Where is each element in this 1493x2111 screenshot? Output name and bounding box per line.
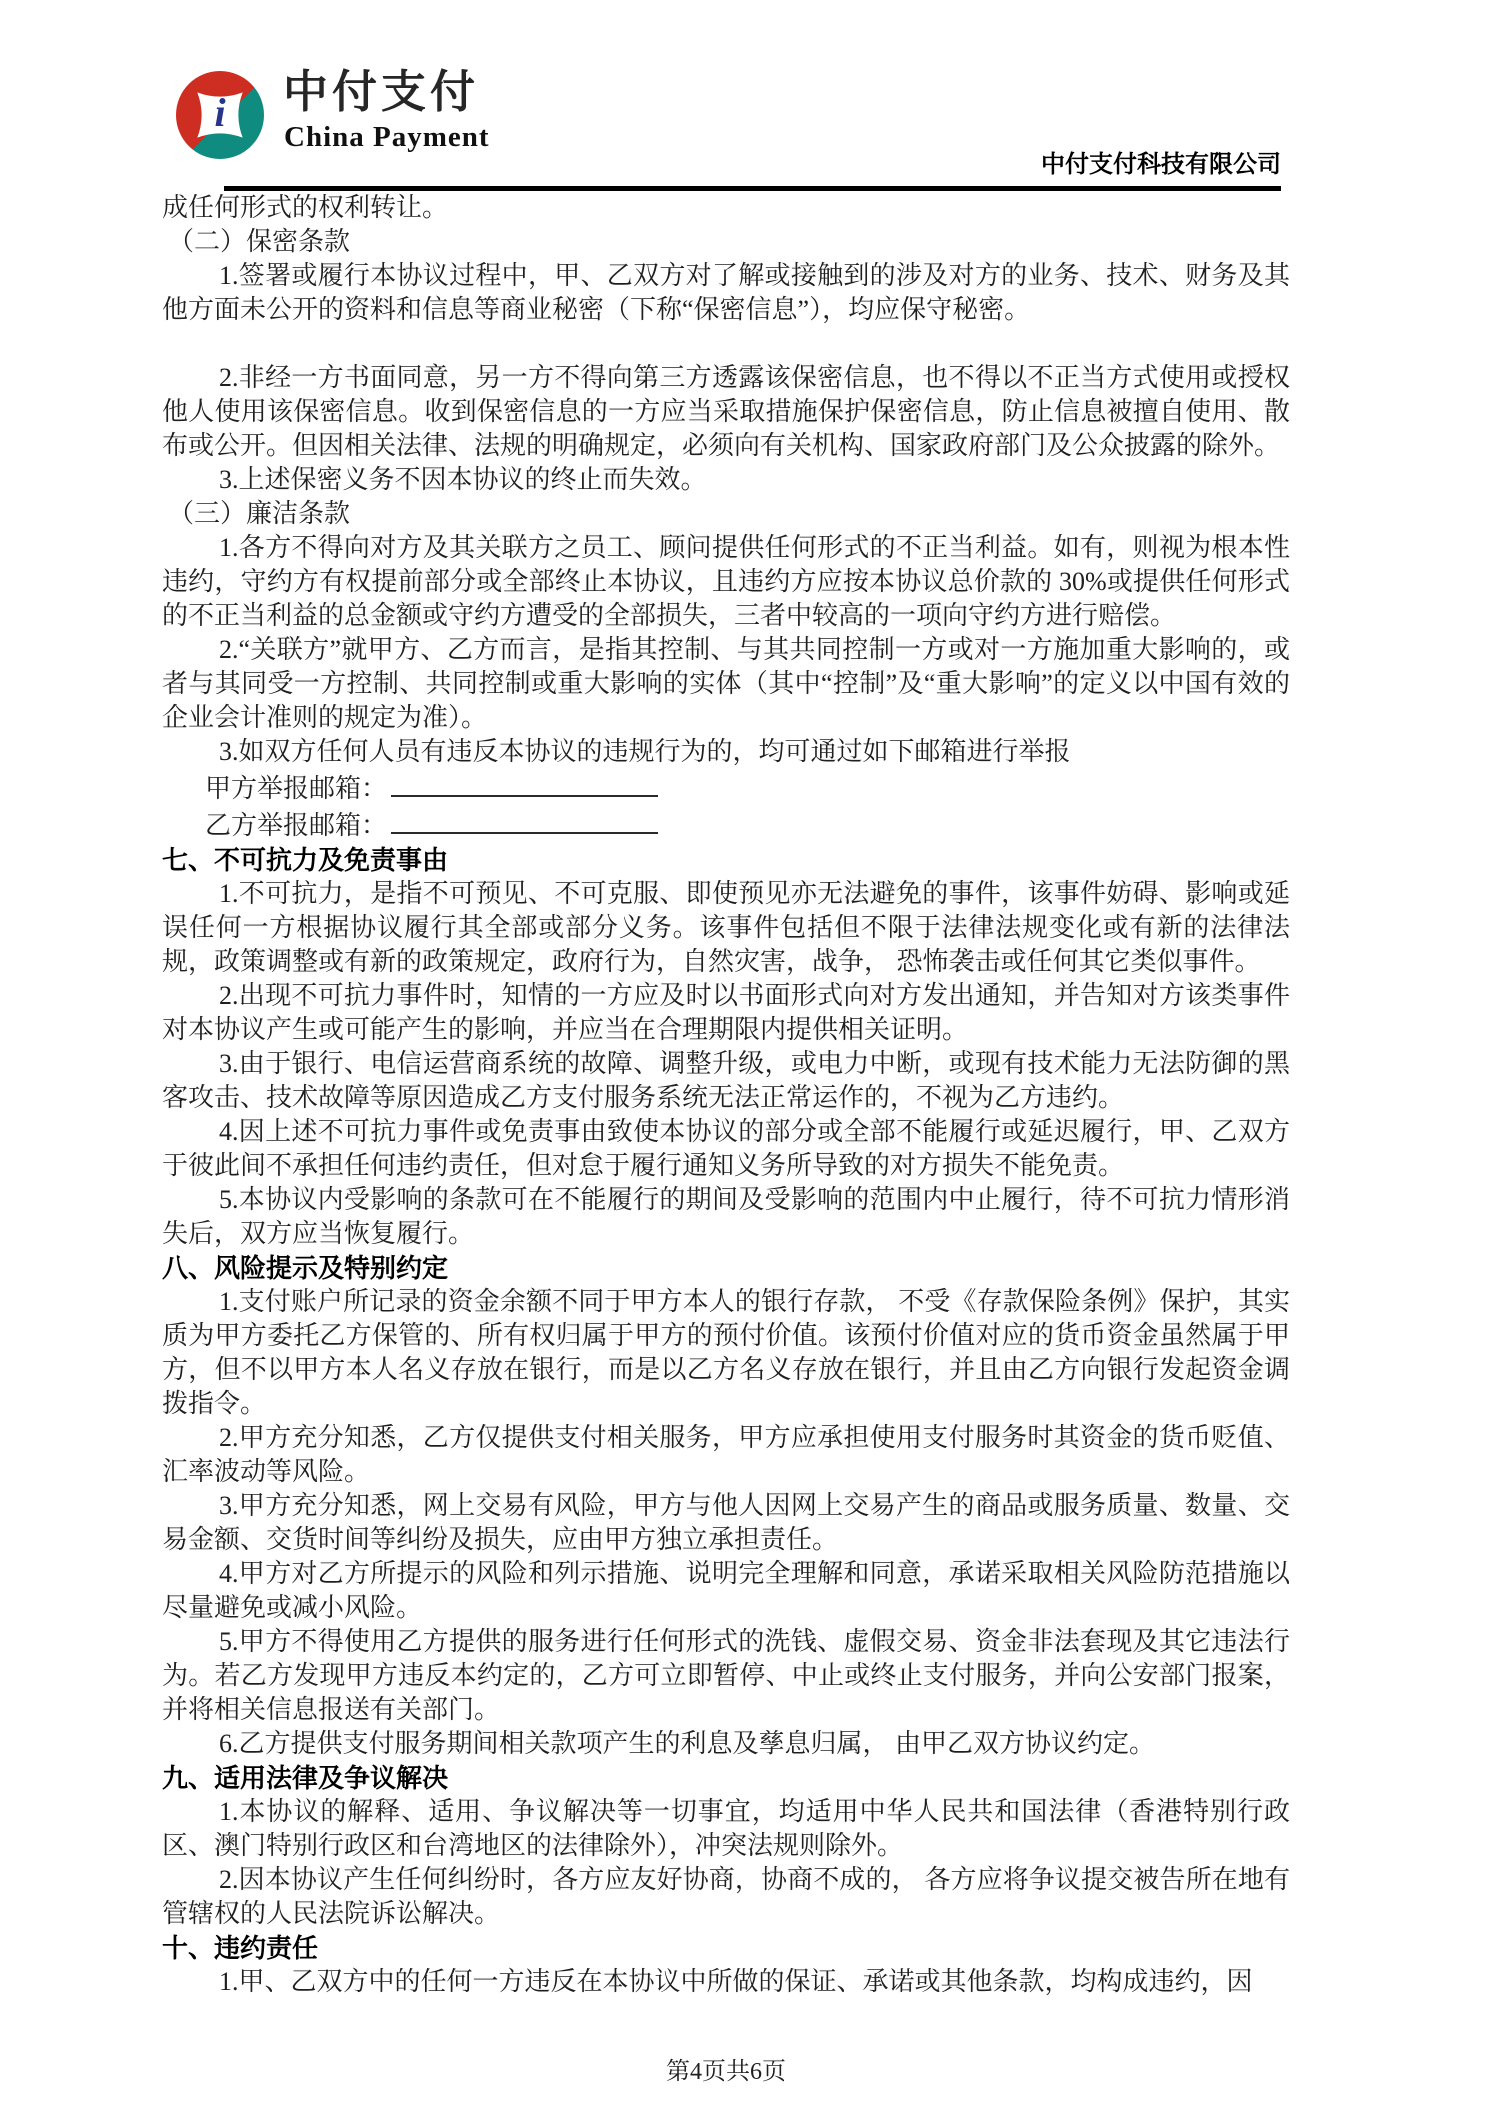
paragraph: 1.支付账户所记录的资金余额不同于甲方本人的银行存款， 不受《存款保险条例》保护… [162, 1285, 1290, 1421]
logo-chinese-name: 中付支付 [283, 66, 479, 118]
blank-line [162, 327, 1290, 361]
company-name: 中付支付科技有限公司 [0, 151, 1281, 180]
paragraph: 4.因上述不可抗力事件或免责事由致使本协议的部分或全部不能履行或延迟履行，甲、乙… [162, 1115, 1290, 1183]
section-heading: 十、违约责任 [162, 1931, 1290, 1965]
paragraph: 2.甲方充分知悉，乙方仅提供支付相关服务，甲方应承担使用支付服务时其资金的货币贬… [162, 1421, 1290, 1489]
paragraph: 3.甲方充分知悉，网上交易有风险，甲方与他人因网上交易产生的商品或服务质量、数量… [162, 1489, 1290, 1557]
contract-page: i 中付支付 China Payment 中付支付科技有限公司 成任何形式的权利… [0, 0, 1493, 2111]
paragraph: 3.如双方任何人员有违反本协议的违规行为的，均可通过如下邮箱进行举报 [162, 735, 1290, 769]
paragraph: 1.各方不得向对方及其关联方之员工、顾问提供任何形式的不正当利益。如有，则视为根… [162, 531, 1290, 633]
paragraph: 2.出现不可抗力事件时，知情的一方应及时以书面形式向对方发出通知，并告知对方该类… [162, 979, 1290, 1047]
party-a-report-email-label: 甲方举报邮箱： [205, 774, 387, 803]
page-number: 第4页共6页 [162, 2058, 1290, 2087]
paragraph: 1.不可抗力，是指不可预见、不可克服、即使预见亦无法避免的事件，该事件妨碍、影响… [162, 877, 1290, 979]
section-heading: 七、不可抗力及免责事由 [162, 843, 1290, 877]
logo-i-letter: i [176, 93, 264, 133]
paragraph: 6.乙方提供支付服务期间相关款项产生的利息及孳息归属， 由甲乙双方协议约定。 [162, 1727, 1290, 1761]
paragraph: 3.由于银行、电信运营商系统的故障、调整升级，或电力中断，或现有技术能力无法防御… [162, 1047, 1290, 1115]
section-heading: 八、风险提示及特别约定 [162, 1251, 1290, 1285]
paragraph: 3.上述保密义务不因本协议的终止而失效。 [162, 463, 1290, 497]
party-b-report-email-label: 乙方举报邮箱： [205, 811, 387, 840]
section-heading: 九、适用法律及争议解决 [162, 1761, 1290, 1795]
paragraph: 2.因本协议产生任何纠纷时，各方应友好协商，协商不成的， 各方应将争议提交被告所… [162, 1863, 1290, 1931]
paragraph: 成任何形式的权利转让。 [162, 191, 1290, 225]
paragraph: 1.本协议的解释、适用、争议解决等一切事宜，均适用中华人民共和国法律（香港特别行… [162, 1795, 1290, 1863]
party-a-report-email-blank-line [391, 769, 658, 797]
party-a-report-email: 甲方举报邮箱： [162, 769, 1290, 806]
paragraph: 2.非经一方书面同意，另一方不得向第三方透露该保密信息，也不得以不正当方式使用或… [162, 361, 1290, 463]
sub-heading: （二）保密条款 [162, 225, 1290, 259]
paragraph: 1.签署或履行本协议过程中，甲、乙双方对了解或接触到的涉及对方的业务、技术、财务… [162, 259, 1290, 327]
paragraph: 1.甲、乙双方中的任何一方违反在本协议中所做的保证、承诺或其他条款，均构成违约，… [162, 1965, 1290, 1999]
paragraph: 4.甲方对乙方所提示的风险和列示措施、说明完全理解和同意，承诺采取相关风险防范措… [162, 1557, 1290, 1625]
paragraph: 5.甲方不得使用乙方提供的服务进行任何形式的洗钱、虚假交易、资金非法套现及其它违… [162, 1625, 1290, 1727]
party-b-report-email: 乙方举报邮箱： [162, 806, 1290, 843]
china-payment-logo-icon: i [176, 71, 264, 159]
sub-heading: （三）廉洁条款 [162, 497, 1290, 531]
paragraph: 2.“关联方”就甲方、乙方而言，是指其控制、与其共同控制一方或对一方施加重大影响… [162, 633, 1290, 735]
paragraph: 5.本协议内受影响的条款可在不能履行的期间及受影响的范围内中止履行，待不可抗力情… [162, 1183, 1290, 1251]
document-body: 成任何形式的权利转让。（二）保密条款1.签署或履行本协议过程中，甲、乙双方对了解… [162, 191, 1290, 1999]
logo-english-name: China Payment [284, 122, 490, 154]
party-b-report-email-blank-line [391, 806, 658, 834]
